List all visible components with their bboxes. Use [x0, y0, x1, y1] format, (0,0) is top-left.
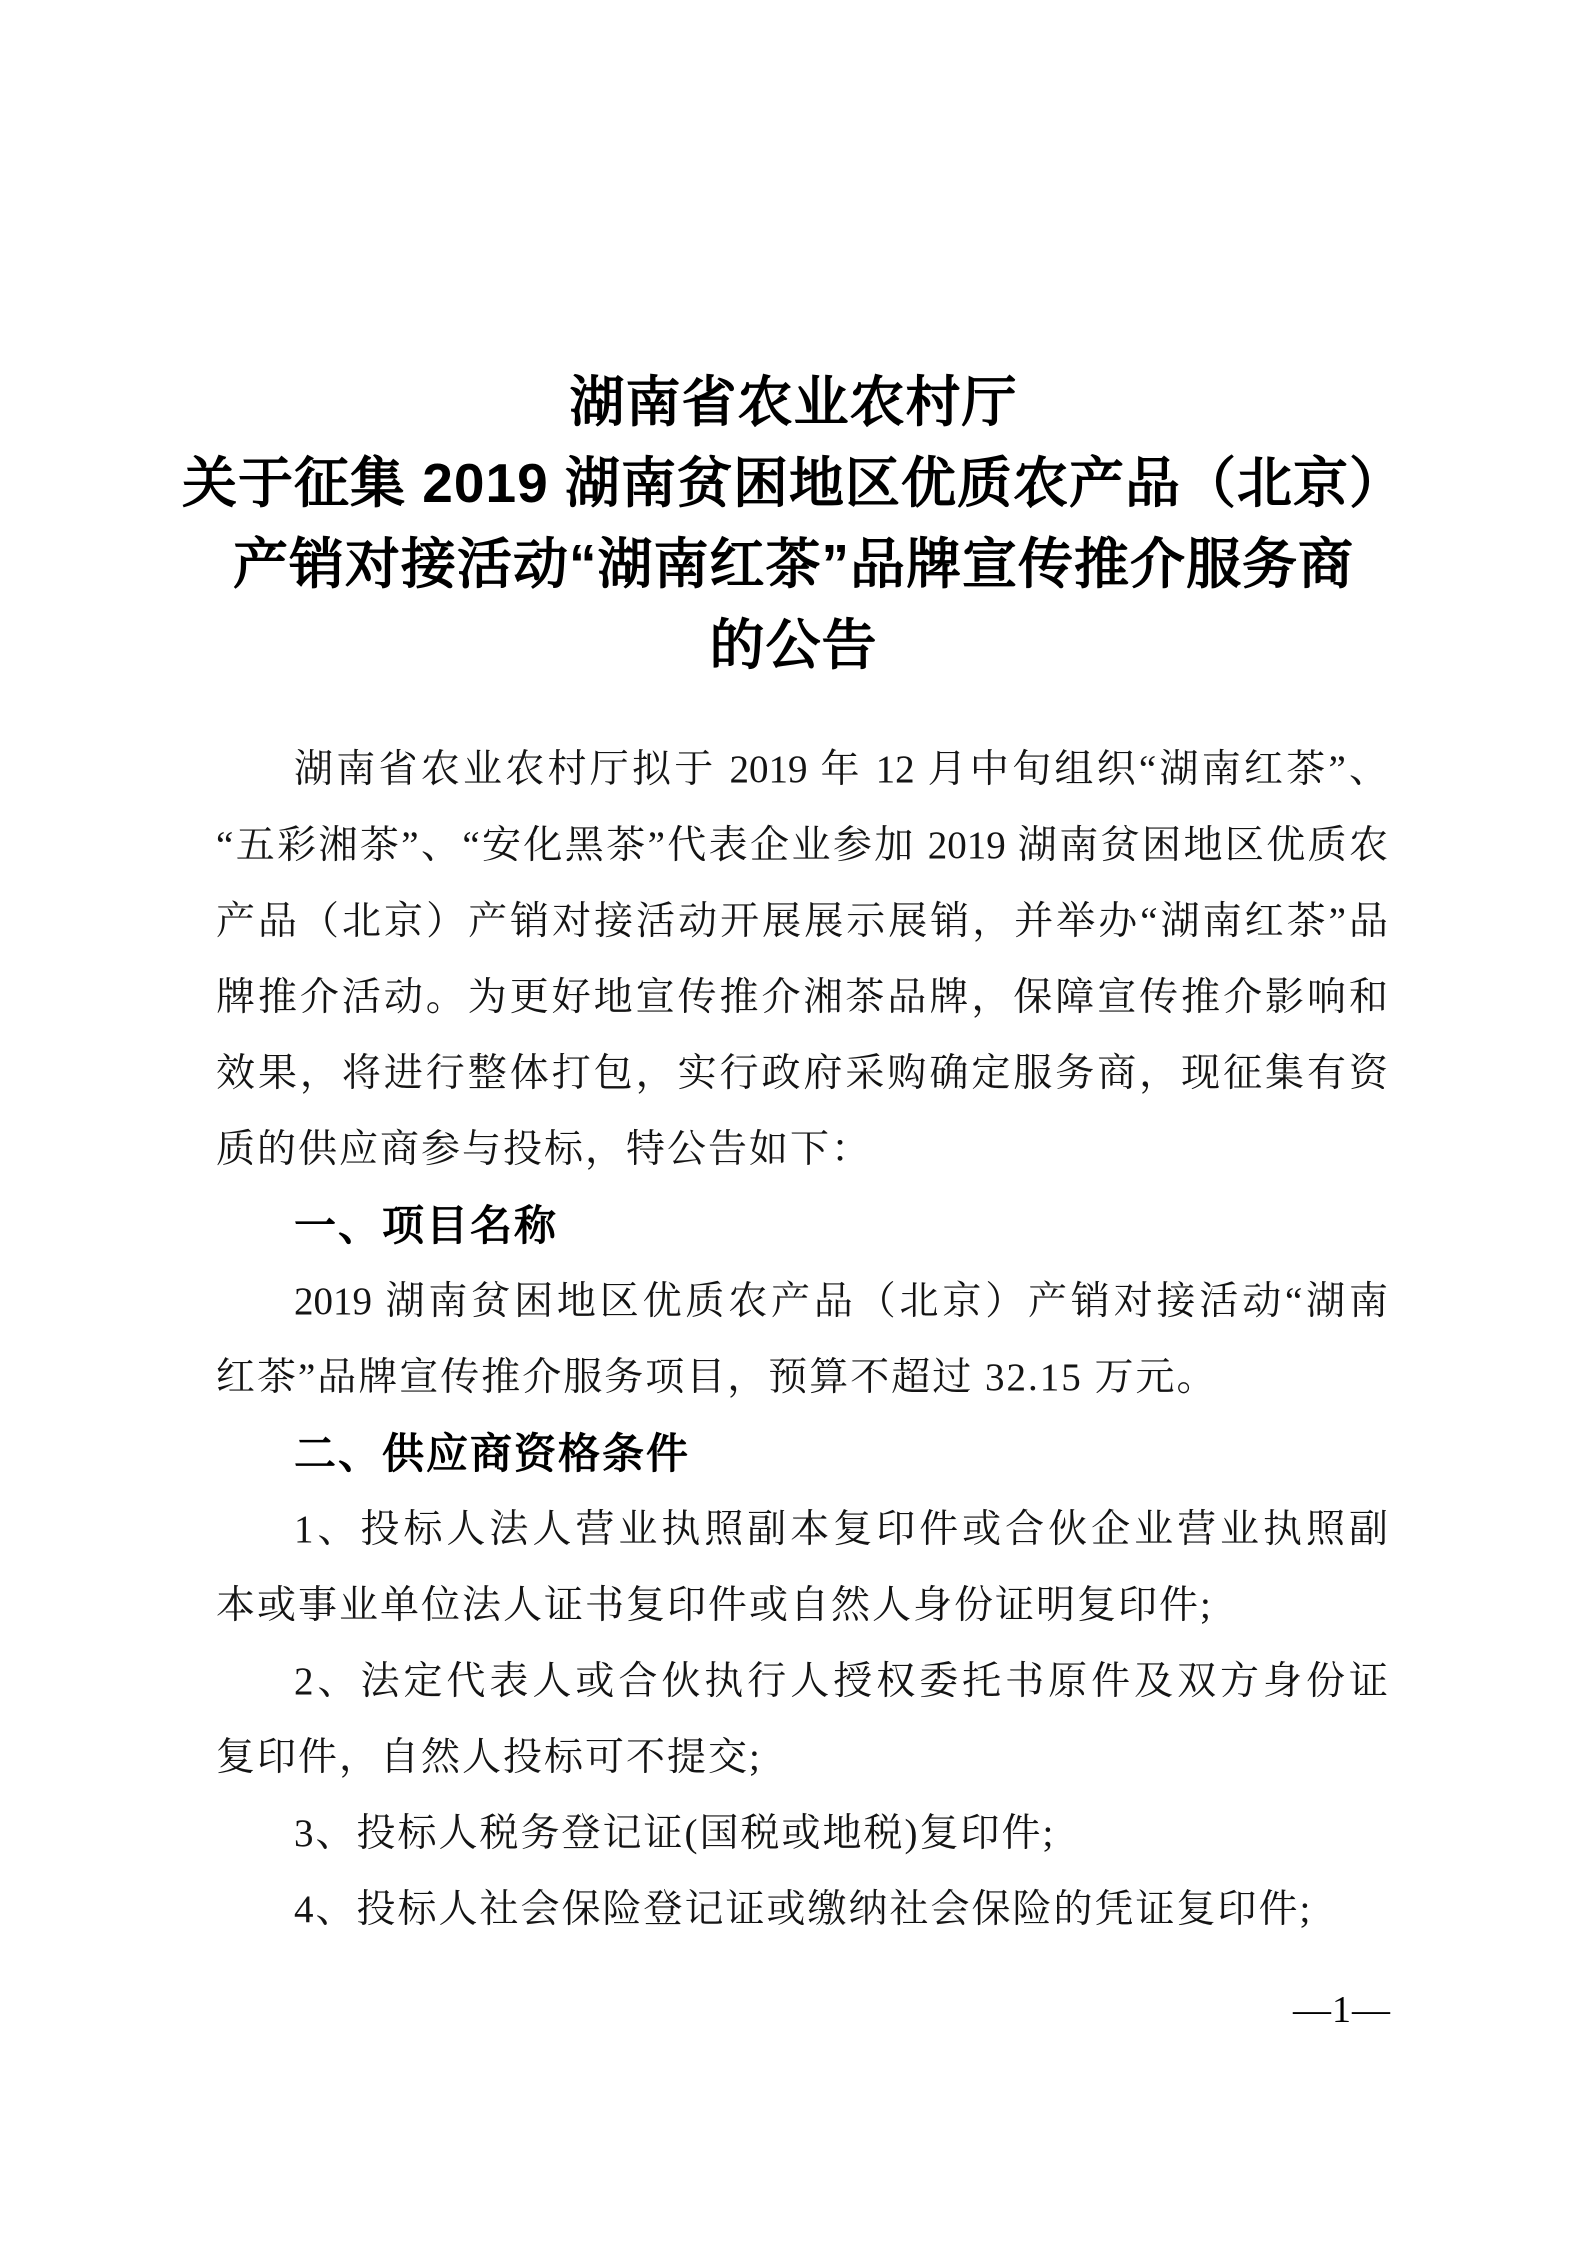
title-line: 产销对接活动“湖南红茶”品牌宣传推介服务商 — [0, 524, 1587, 605]
body-text-line: 湖南省农业农村厅拟于 2019 年 12 月中旬组织“湖南红茶”、 — [216, 732, 1388, 808]
body-text-line: 牌推介活动。为更好地宣传推介湘茶品牌，保障宣传推介影响和 — [216, 960, 1388, 1036]
title-line: 关于征集 2019 湖南贫困地区优质农产品（北京） — [0, 443, 1587, 524]
body-text-line: 质的供应商参与投标，特公告如下： — [216, 1112, 1388, 1188]
document-title: 湖南省农业农村厅关于征集 2019 湖南贫困地区优质农产品（北京）产销对接活动“… — [0, 362, 1587, 686]
title-line: 湖南省农业农村厅 — [0, 362, 1587, 443]
body-text-line: 红茶”品牌宣传推介服务项目，预算不超过 32.15 万元。 — [216, 1340, 1388, 1416]
body-text-line: 1、投标人法人营业执照副本复印件或合伙企业营业执照副 — [216, 1492, 1388, 1568]
document-page: 湖南省农业农村厅关于征集 2019 湖南贫困地区优质农产品（北京）产销对接活动“… — [0, 0, 1587, 2245]
body-text-line: 复印件，自然人投标可不提交; — [216, 1720, 1388, 1796]
body-text-line: 产品（北京）产销对接活动开展展示展销，并举办“湖南红茶”品 — [216, 884, 1388, 960]
page-number: —1— — [1293, 1988, 1391, 2032]
title-line: 的公告 — [0, 605, 1587, 686]
body-text-line: 2、法定代表人或合伙执行人授权委托书原件及双方身份证 — [216, 1644, 1388, 1720]
body-text-line: 4、投标人社会保险登记证或缴纳社会保险的凭证复印件; — [216, 1872, 1388, 1948]
body-text-line: 3、投标人税务登记证(国税或地税)复印件; — [216, 1796, 1388, 1872]
body-text-line: 效果，将进行整体打包，实行政府采购确定服务商，现征集有资 — [216, 1036, 1388, 1112]
body-text-line: 2019 湖南贫困地区优质农产品（北京）产销对接活动“湖南 — [216, 1264, 1388, 1340]
section-heading: 二、供应商资格条件 — [216, 1416, 1388, 1492]
section-heading: 一、项目名称 — [216, 1188, 1388, 1264]
document-body: 湖南省农业农村厅拟于 2019 年 12 月中旬组织“湖南红茶”、“五彩湘茶”、… — [216, 732, 1388, 1948]
body-text-line: “五彩湘茶”、“安化黑茶”代表企业参加 2019 湖南贫困地区优质农 — [216, 808, 1388, 884]
body-text-line: 本或事业单位法人证书复印件或自然人身份证明复印件; — [216, 1568, 1388, 1644]
